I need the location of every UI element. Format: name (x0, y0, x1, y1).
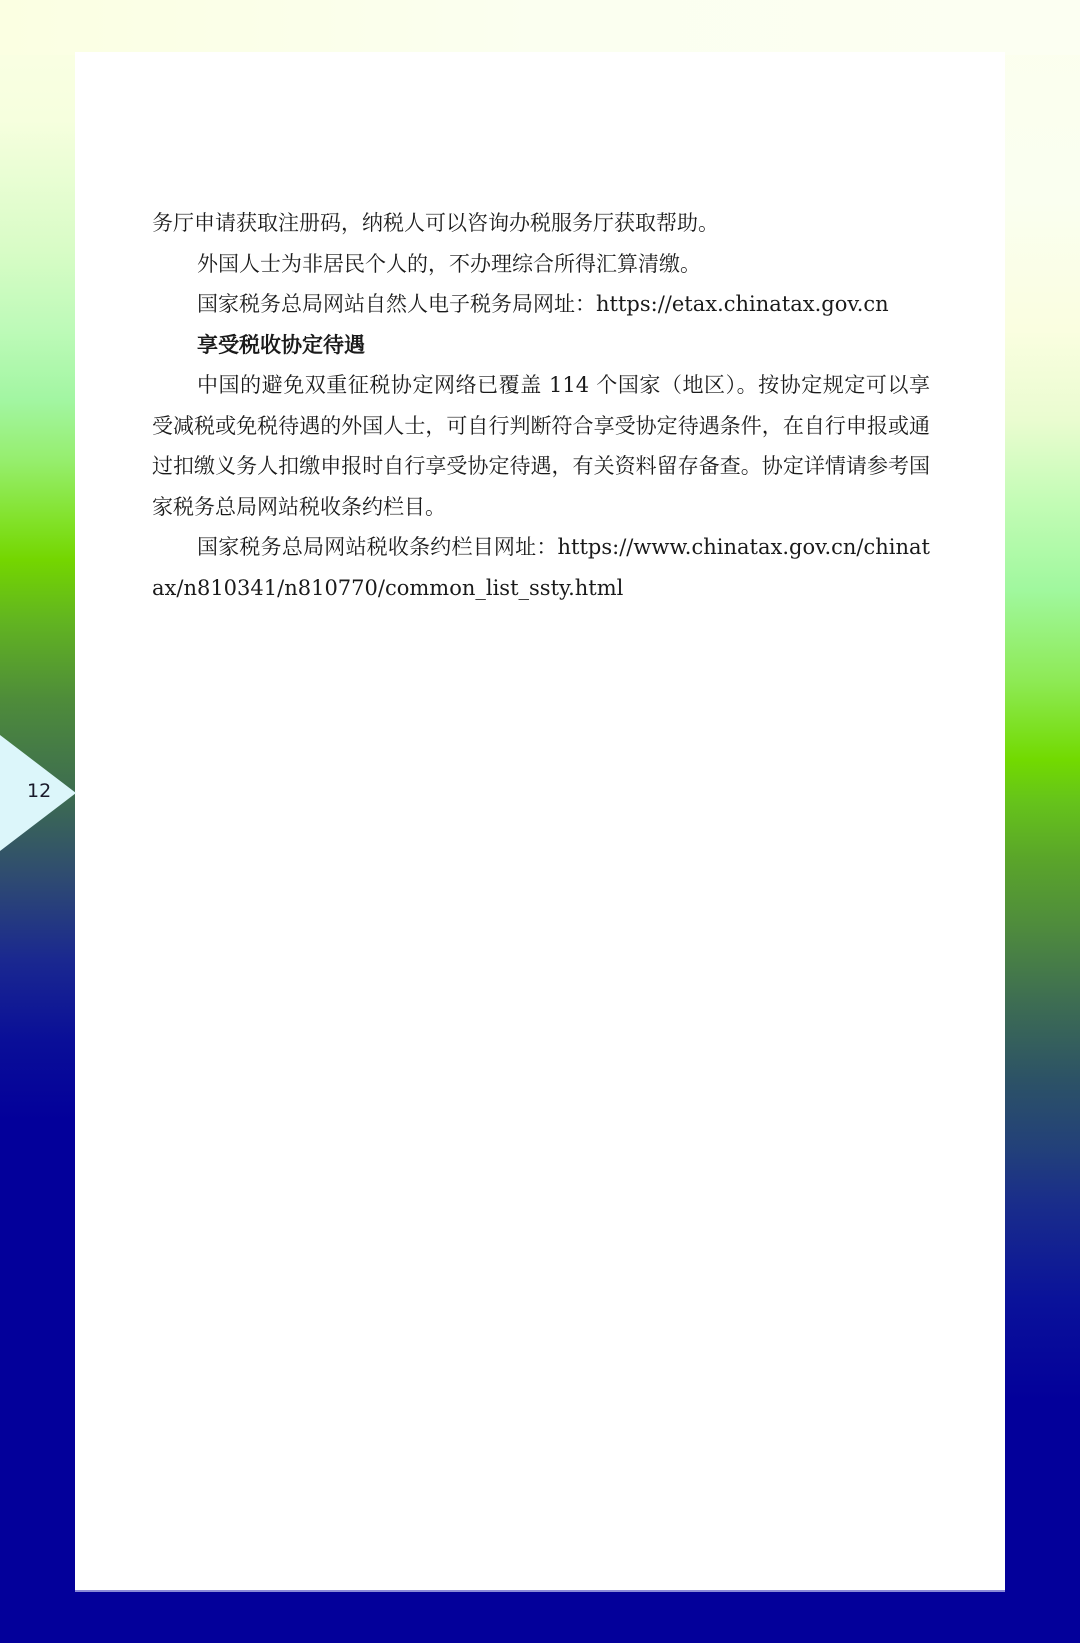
paragraph-etax-url: 国家税务总局网站自然人电子税务局网址：https://etax.chinatax… (152, 284, 930, 325)
paragraph-treaty-url: 国家税务总局网站税收条约栏目网址：https://www.chinatax.go… (152, 527, 930, 608)
paragraph-treaty-network: 中国的避免双重征税协定网络已覆盖 114 个国家（地区）。按协定规定可以享受减税… (152, 365, 930, 527)
background-top-band (0, 0, 1080, 55)
paragraph-service-hall: 务厅申请获取注册码，纳税人可以咨询办税服务厅获取帮助。 (152, 203, 930, 244)
section-heading-treaty-benefits: 享受税收协定待遇 (152, 325, 930, 366)
document-body: 务厅申请获取注册码，纳税人可以咨询办税服务厅获取帮助。 外国人士为非居民个人的，… (152, 203, 930, 608)
background-bottom-band (0, 1590, 1080, 1643)
paragraph-non-resident: 外国人士为非居民个人的，不办理综合所得汇算清缴。 (152, 244, 930, 285)
page-number: 12 (27, 780, 57, 802)
background-right-gradient (1000, 0, 1080, 1643)
